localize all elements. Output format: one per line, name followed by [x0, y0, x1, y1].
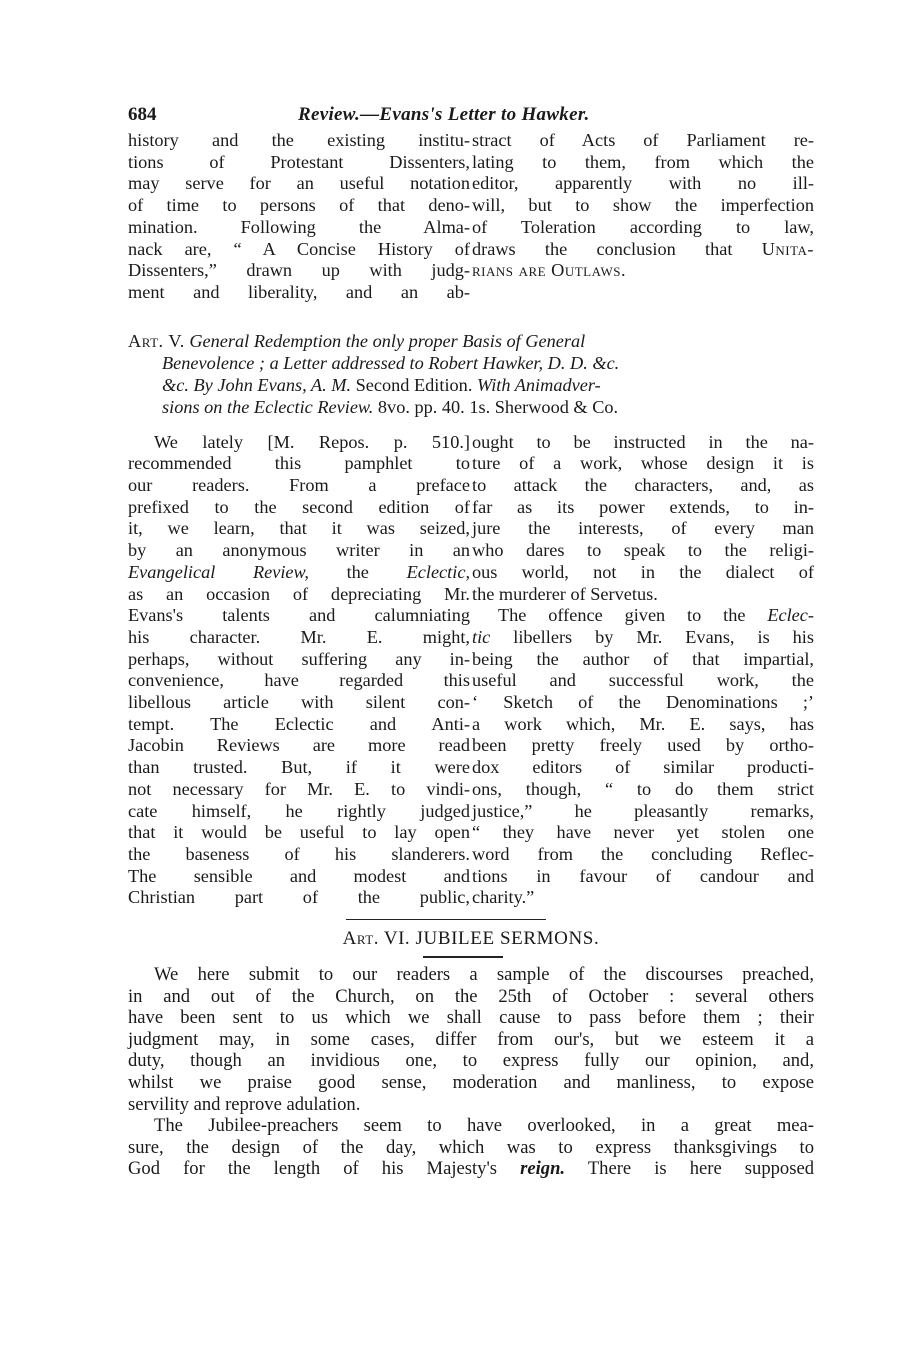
article-6-body: We here submit to our readers a sample o… — [128, 964, 814, 1180]
text-line: Jacobin Reviews are more read — [128, 735, 470, 757]
text-line: The sensible and modest and — [128, 866, 470, 888]
text-line: history and the existing institu- — [128, 130, 470, 152]
top-right-column: stract of Acts of Parliament re- lating … — [472, 130, 814, 304]
running-header: 684 Review.—Evans's Letter to Hawker. — [128, 100, 814, 130]
text-segment: the — [309, 562, 407, 582]
text-line: ture of a work, whose design it is — [472, 453, 814, 475]
text-line: ought to be instructed in the na- — [472, 432, 814, 454]
text-line: by an anonymous writer in an — [128, 540, 470, 562]
text-line: whilst we praise good sense, moderation … — [128, 1072, 814, 1094]
text-line: The Jubilee-preachers seem to have overl… — [128, 1115, 814, 1137]
article-label: Art. VI. — [343, 928, 411, 949]
text-line: not necessary for Mr. E. to vindi- — [128, 779, 470, 801]
text-line: it, we learn, that it was seized, — [128, 518, 470, 540]
article-5-heading: Art. V. General Redemption the only prop… — [128, 330, 814, 418]
article-5-right-column: ought to be instructed in the na- ture o… — [472, 432, 814, 909]
text-line: the baseness of his slanderers. — [128, 844, 470, 866]
article-5-body: We lately [M. Repos. p. 510.] recommende… — [128, 432, 814, 909]
text-segment: God for the length of his Majesty's — [128, 1158, 520, 1179]
text-line: mination. Following the Alma- — [128, 217, 470, 239]
text-line: sure, the design of the day, which was t… — [128, 1137, 814, 1159]
text-line: will, but to show the imperfection — [472, 195, 814, 217]
article-label: Art. V. — [128, 331, 185, 351]
text-line: tic libellers by Mr. Evans, is his — [472, 627, 814, 649]
text-line: perhaps, without suffering any in- — [128, 649, 470, 671]
text-line: word from the concluding Reflec- — [472, 844, 814, 866]
text-line: judgment may, in some cases, differ from… — [128, 1029, 814, 1051]
article-6-heading: Art. VI. JUBILEE SERMONS. — [128, 928, 814, 950]
text-line: stract of Acts of Parliament re- — [472, 130, 814, 152]
text-line: than trusted. But, if it were — [128, 757, 470, 779]
text-line: of time to persons of that deno- — [128, 195, 470, 217]
text-line: his character. Mr. E. might, — [128, 627, 470, 649]
text-line: been pretty freely used by ortho- — [472, 735, 814, 757]
article-title: With Animadver- — [477, 375, 601, 395]
text-line: tempt. The Eclectic and Anti- — [128, 714, 470, 736]
text-line: our readers. From a preface — [128, 475, 470, 497]
italic-segment: tic — [472, 627, 490, 647]
text-line: that it would be useful to lay open — [128, 822, 470, 844]
text-line: ons, though, “ to do them strict — [472, 779, 814, 801]
text-line: Evans's talents and calumniating — [128, 605, 470, 627]
text-line: being the author of that impartial, — [472, 649, 814, 671]
smallcaps-segment: Unita- — [762, 239, 814, 259]
text-line: convenience, have regarded this — [128, 670, 470, 692]
text-line: justice,” he pleasantly remarks, — [472, 801, 814, 823]
italic-segment: Eclec- — [767, 605, 814, 625]
article-title: &c. By John Evans, A. M. — [162, 375, 351, 395]
text-line: who dares to speak to the religi- — [472, 540, 814, 562]
text-line: ous world, not in the dialect of — [472, 562, 814, 584]
article-title: JUBILEE SERMONS. — [416, 928, 600, 949]
text-line: servility and reprove adulation. — [128, 1094, 814, 1116]
text-segment: draws the conclusion that — [472, 239, 762, 259]
article-5-left-column: We lately [M. Repos. p. 510.] recommende… — [128, 432, 470, 909]
section-divider — [346, 919, 546, 920]
text-line: Dissenters,” drawn up with judg- — [128, 260, 470, 282]
text-line: dox editors of similar producti- — [472, 757, 814, 779]
text-line: ment and liberality, and an ab- — [128, 282, 470, 304]
text-line: have been sent to us which we shall caus… — [128, 1007, 814, 1029]
heading-rule — [423, 956, 503, 958]
text-line: duty, though an invidious one, to expres… — [128, 1050, 814, 1072]
text-line: as an occasion of depreciating Mr. — [128, 584, 470, 606]
italic-segment: Evangelical Review, — [128, 562, 309, 582]
text-line: “ they have never yet stolen one — [472, 822, 814, 844]
text-line: recommended this pamphlet to — [128, 453, 470, 475]
text-line: far as its power extends, to in- — [472, 497, 814, 519]
text-segment: There is here supposed — [565, 1158, 814, 1179]
text-line: a work which, Mr. E. says, has — [472, 714, 814, 736]
text-line: useful and successful work, the — [472, 670, 814, 692]
text-line: Evangelical Review, the Eclectic, — [128, 562, 470, 584]
text-line: libellous article with silent con- — [128, 692, 470, 714]
text-line: lating to them, from which the — [472, 152, 814, 174]
text-line: God for the length of his Majesty's reig… — [128, 1158, 814, 1180]
text-line: editor, apparently with no ill- — [472, 173, 814, 195]
publication-info: 8vo. pp. 40. 1s. Sherwood & Co. — [373, 397, 618, 417]
article-title: Benevolence ; a Letter addressed to Robe… — [162, 353, 619, 373]
text-segment: The offence given to the — [498, 605, 767, 625]
article-title: sions on the Eclectic Review. — [162, 397, 373, 417]
top-left-column: history and the existing institu- tions … — [128, 130, 470, 304]
text-line: We here submit to our readers a sample o… — [128, 964, 814, 986]
text-line: cate himself, he rightly judged — [128, 801, 470, 823]
italic-segment: reign. — [520, 1158, 565, 1179]
page-number: 684 — [128, 104, 157, 126]
edition-note: Second Edition. — [351, 375, 477, 395]
text-segment: libellers by Mr. Evans, is his — [490, 627, 814, 647]
text-line: ‘ Sketch of the Denominations ;’ — [472, 692, 814, 714]
text-line: rians are Outlaws. — [472, 260, 814, 282]
text-line: The offence given to the Eclec- — [472, 605, 814, 627]
top-continuation: history and the existing institu- tions … — [128, 130, 814, 304]
text-line: in and out of the Church, on the 25th of… — [128, 986, 814, 1008]
text-line: Christian part of the public, — [128, 887, 470, 909]
article-title: General Redemption the only proper Basis… — [189, 331, 585, 351]
text-line: the murderer of Servetus. — [472, 584, 814, 606]
text-line: tions in favour of candour and — [472, 866, 814, 888]
text-line: may serve for an useful notation — [128, 173, 470, 195]
text-line: We lately [M. Repos. p. 510.] — [128, 432, 470, 454]
text-line: charity.” — [472, 887, 814, 909]
text-line: tions of Protestant Dissenters, — [128, 152, 470, 174]
running-title: Review.—Evans's Letter to Hawker. — [298, 104, 590, 126]
text-line: of Toleration according to law, — [472, 217, 814, 239]
text-line: jure the interests, of every man — [472, 518, 814, 540]
text-line: draws the conclusion that Unita- — [472, 239, 814, 261]
text-line: nack are, “ A Concise History of — [128, 239, 470, 261]
text-line: prefixed to the second edition of — [128, 497, 470, 519]
text-line: to attack the characters, and, as — [472, 475, 814, 497]
document-page: 684 Review.—Evans's Letter to Hawker. hi… — [128, 100, 814, 1180]
italic-segment: Eclectic, — [407, 562, 470, 582]
